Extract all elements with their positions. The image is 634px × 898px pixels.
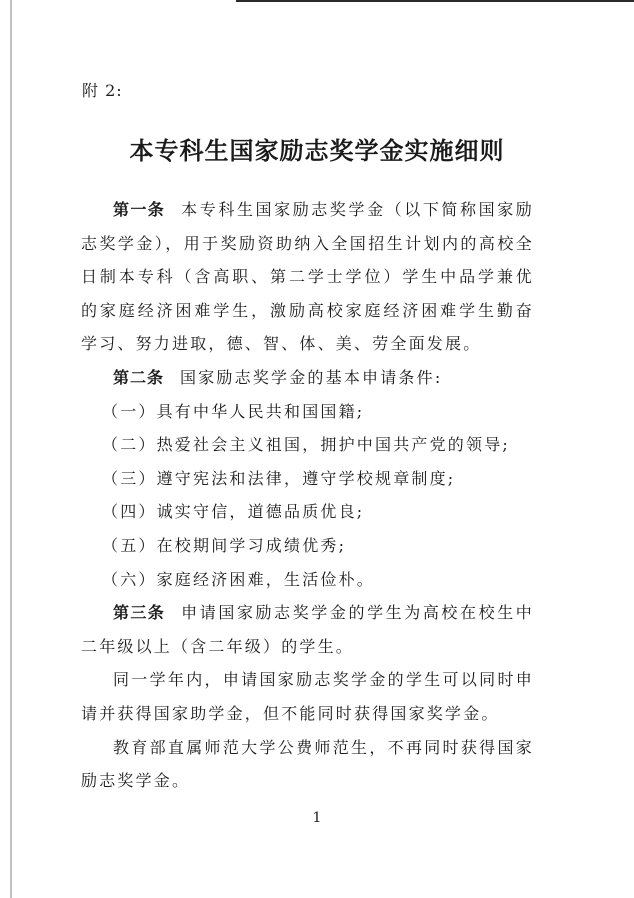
article-1-text: 本专科生国家励志奖学金（以下简称国家励志奖学金），用于奖励资助纳入全国招生计划内…	[81, 200, 534, 353]
page-number: 1	[0, 810, 634, 826]
article-2-heading: 第二条	[113, 368, 164, 387]
condition-item: （二）热爱社会主义祖国，拥护中国共产党的领导;	[102, 428, 534, 462]
article-1: 第一条本专科生国家励志奖学金（以下简称国家励志奖学金），用于奖励资助纳入全国招生…	[81, 193, 534, 361]
article-3-heading: 第三条	[113, 603, 165, 622]
condition-item: （四）诚实守信，道德品质优良;	[102, 495, 534, 529]
article-3-paragraph: 同一学年内，申请国家励志奖学金的学生可以同时申请并获得国家助学金，但不能同时获得…	[81, 663, 534, 730]
annex-label: 附 2:	[82, 78, 123, 101]
condition-item: （一）具有中华人民共和国国籍;	[102, 395, 534, 429]
document-body: 第一条本专科生国家励志奖学金（以下简称国家励志奖学金），用于奖励资助纳入全国招生…	[102, 193, 534, 798]
scan-edge-top	[236, 0, 634, 2]
article-3-paragraph: 教育部直属师范大学公费师范生，不再同时获得国家励志奖学金。	[81, 731, 534, 798]
article-2-text: 国家励志奖学金的基本申请条件:	[180, 368, 442, 387]
article-3: 第三条申请国家励志奖学金的学生为高校在校生中二年级以上（含二年级）的学生。	[81, 596, 534, 663]
document-title: 本专科生国家励志奖学金实施细则	[0, 131, 634, 166]
condition-item: （六）家庭经济困难，生活俭朴。	[102, 563, 534, 597]
condition-item: （三）遵守宪法和法律，遵守学校规章制度;	[102, 462, 534, 496]
article-2: 第二条国家励志奖学金的基本申请条件:	[81, 361, 534, 395]
condition-item: （五）在校期间学习成绩优秀;	[102, 529, 534, 563]
article-1-heading: 第一条	[113, 200, 165, 219]
